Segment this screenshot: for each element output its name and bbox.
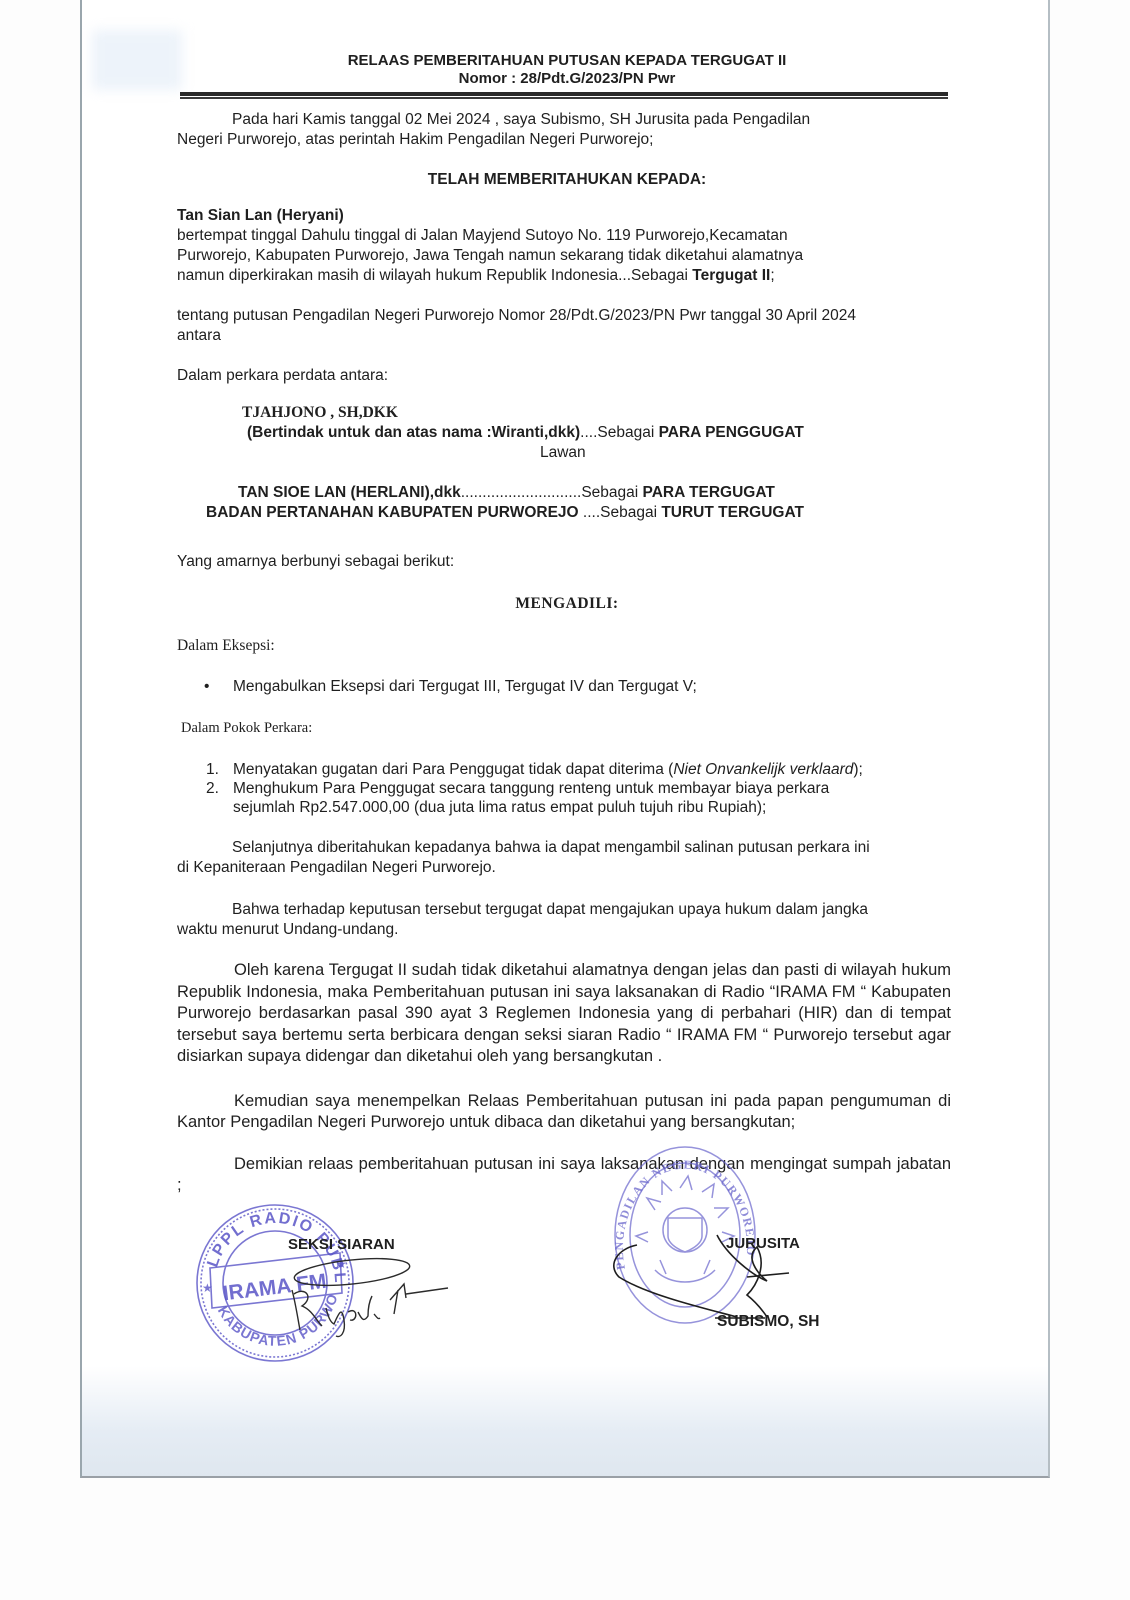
co-defendant-line: BADAN PERTANAHAN KABUPATEN PURWOREJO ...… <box>206 503 804 523</box>
recipient-name: Tan Sian Lan (Heryani) <box>177 206 344 226</box>
regarding-line-1: tentang putusan Pengadilan Negeri Purwor… <box>177 306 856 326</box>
recipient-address-1: bertempat tinggal Dahulu tinggal di Jala… <box>177 226 788 246</box>
co-defendant-dots: ....Sebagai <box>579 504 662 521</box>
board-paragraph: Kemudian saya menempelkan Relaas Pemberi… <box>177 1091 951 1133</box>
case-number: Nomor : 28/Pdt.G/2023/PN Pwr <box>82 70 1050 87</box>
notified-heading: TELAH MEMBERITAHUKAN KEPADA: <box>82 170 1050 190</box>
header-rule-thick <box>180 92 948 96</box>
merits-item-1-italic: Niet Onvankelijk verklaard <box>673 761 853 778</box>
merits-heading: Dalam Pokok Perkara: <box>181 718 312 738</box>
address-3-suffix: ; <box>770 267 774 284</box>
appeal-paragraph-line-2: waktu menurut Undang-undang. <box>177 920 398 940</box>
svg-text:★: ★ <box>202 1281 213 1295</box>
plaintiff-role: PARA PENGGUGAT <box>659 424 804 441</box>
case-intro: Dalam perkara perdata antara: <box>177 366 388 386</box>
scan-bottom-shade <box>82 1366 1048 1476</box>
defendant-role: PARA TERGUGAT <box>643 484 775 501</box>
exception-item: Mengabulkan Eksepsi dari Tergugat III, T… <box>233 677 697 697</box>
plaintiff-line: (Bertindak untuk dan atas nama :Wiranti,… <box>247 423 804 443</box>
regarding-line-2: antara <box>177 326 221 346</box>
header-rule-thin <box>180 97 948 99</box>
versus: Lawan <box>540 443 586 463</box>
merits-item-1-num: 1. <box>206 760 219 780</box>
copy-paragraph-line-1: Selanjutnya diberitahukan kepadanya bahw… <box>232 838 870 858</box>
address-3-prefix: namun diperkirakan masih di wilayah huku… <box>177 267 692 284</box>
exception-bullet: • <box>204 677 209 697</box>
recipient-address-2: Purworejo, Kabupaten Purworejo, Jawa Ten… <box>177 246 803 266</box>
merits-item-1: Menyatakan gugatan dari Para Penggugat t… <box>233 760 863 780</box>
merits-item-2-num: 2. <box>206 779 219 799</box>
recipient-role: Tergugat II <box>692 267 770 284</box>
intro-line-1: Pada hari Kamis tanggal 02 Mei 2024 , sa… <box>232 110 810 130</box>
document-page: RELAAS PEMBERITAHUAN PUTUSAN KEPADA TERG… <box>80 0 1050 1478</box>
appeal-paragraph-line-1: Bahwa terhadap keputusan tersebut tergug… <box>232 900 868 920</box>
plaintiff-dots: ....Sebagai <box>580 424 658 441</box>
verdict-intro: Yang amarnya berbunyi sebagai berikut: <box>177 552 454 572</box>
right-signature-icon <box>607 1225 807 1325</box>
exception-heading: Dalam Eksepsi: <box>177 636 275 656</box>
merits-item-1-suffix: ); <box>853 761 862 778</box>
recipient-address-3: namun diperkirakan masih di wilayah huku… <box>177 266 775 286</box>
closing-paragraph: Demikian relaas pemberitahuan putusan in… <box>177 1154 951 1196</box>
verdict-heading: MENGADILI: <box>82 594 1050 614</box>
defendant-dots: ............................Sebagai <box>461 484 643 501</box>
intro-line-2: Negeri Purworejo, atas perintah Hakim Pe… <box>177 130 653 150</box>
co-defendant-name: BADAN PERTANAHAN KABUPATEN PURWOREJO <box>206 504 579 521</box>
defendant-line: TAN SIOE LAN (HERLANI),dkk..............… <box>238 483 775 503</box>
co-defendant-role: TURUT TERGUGAT <box>661 504 804 521</box>
left-signature-icon <box>282 1250 452 1340</box>
merits-item-2-line-1: Menghukum Para Penggugat secara tanggung… <box>233 779 829 799</box>
copy-paragraph-line-2: di Kepaniteraan Pengadilan Negeri Purwor… <box>177 858 496 878</box>
merits-item-2-line-2: sejumlah Rp2.547.000,00 (dua juta lima r… <box>233 798 766 818</box>
plaintiff-name: TJAHJONO , SH,DKK <box>242 403 398 423</box>
plaintiff-desc: (Bertindak untuk dan atas nama :Wiranti,… <box>247 424 580 441</box>
radio-paragraph: Oleh karena Tergugat II sudah tidak dike… <box>177 960 951 1068</box>
document-title: RELAAS PEMBERITAHUAN PUTUSAN KEPADA TERG… <box>82 52 1050 69</box>
defendant-name: TAN SIOE LAN (HERLANI),dkk <box>238 484 461 501</box>
merits-item-1-prefix: Menyatakan gugatan dari Para Penggugat t… <box>233 761 673 778</box>
